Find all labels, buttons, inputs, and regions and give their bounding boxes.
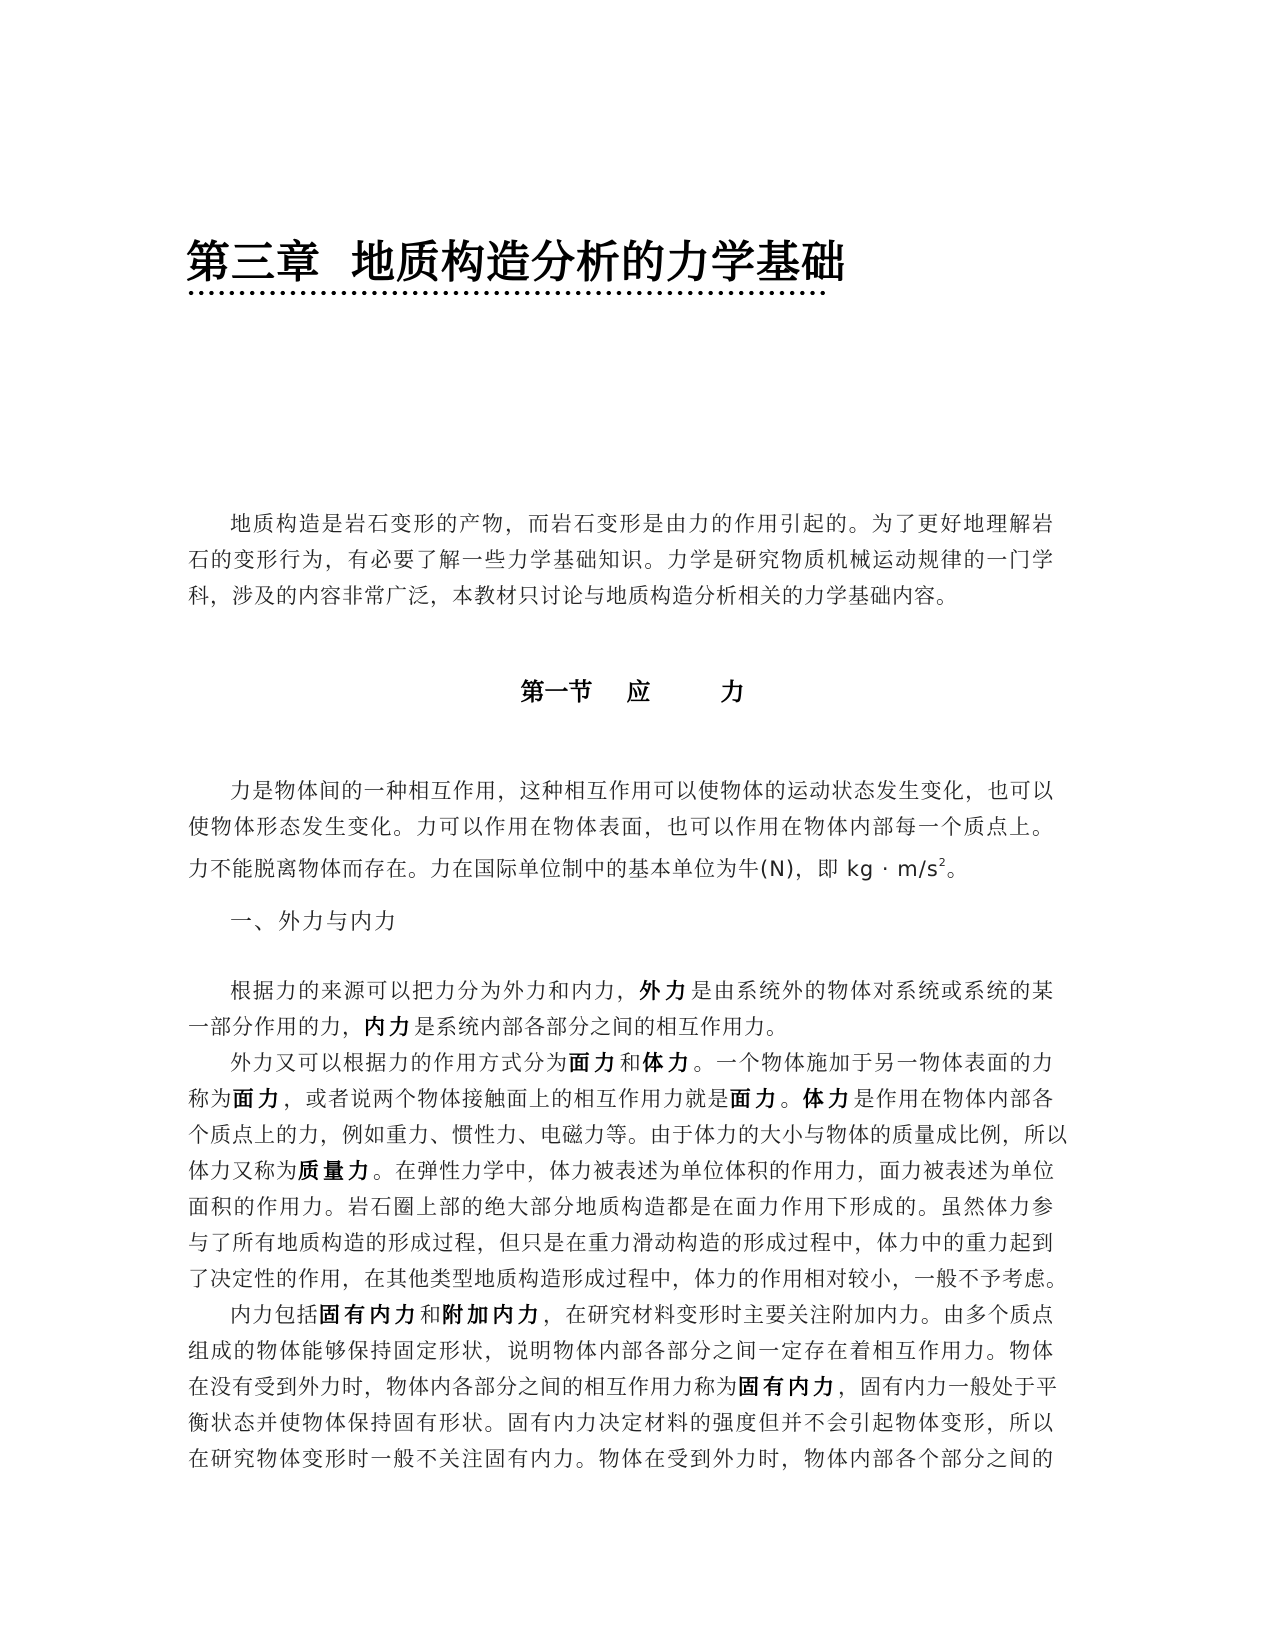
dotted-underline [186, 290, 826, 296]
text-line: 称为面力，或者说两个物体接触面上的相互作用力就是面力。体力是作用在物体内部各 [188, 1081, 1054, 1117]
superscript: 2 [939, 856, 947, 869]
text-line: 使物体形态发生变化。力可以作用在物体表面，也可以作用在物体内部每一个质点上。 [188, 809, 1054, 845]
keyword: 外力 [639, 979, 691, 1003]
paragraph-surface-body-force: 外力又可以根据力的作用方式分为面力和体力。一个物体施加于另一物体表面的力 称为面… [188, 1045, 1054, 1297]
section-heading: 第一节应力 [0, 672, 1265, 707]
text-line: 面积的作用力。岩石圈上部的绝大部分地质构造都是在面力作用下形成的。虽然体力参 [188, 1189, 1054, 1225]
chapter-title: 第三章地质构造分析的力学基础 [186, 238, 826, 288]
text-line: 外力又可以根据力的作用方式分为面力和体力。一个物体施加于另一物体表面的力 [188, 1045, 1054, 1081]
keyword: 内力 [364, 1015, 414, 1039]
text-line: 了决定性的作用，在其他类型地质构造形成过程中，体力的作用相对较小，一般不予考虑。 [188, 1261, 1054, 1297]
keyword: 面力 [233, 1087, 284, 1111]
keyword: 附加内力 [442, 1303, 543, 1327]
chapter-number: 第三章 [186, 238, 321, 288]
text-line: 力不能脱离物体而存在。力在国际单位制中的基本单位为牛(N)，即 kg · m/s… [188, 845, 1054, 887]
subsection-heading: 一、外力与内力 [230, 905, 398, 936]
keyword: 质量力 [298, 1159, 373, 1183]
keyword: 面力 [730, 1087, 781, 1111]
text-line: 个质点上的力，例如重力、惯性力、电磁力等。由于体力的大小与物体的质量成比例，所以 [188, 1117, 1054, 1153]
paragraph-external-internal-force: 根据力的来源可以把力分为外力和内力，外力是由系统外的物体对系统或系统的某 一部分… [188, 973, 1054, 1045]
keyword: 体力 [803, 1087, 854, 1111]
section-title-part2: 力 [721, 672, 745, 707]
text-line: 体力又称为质量力。在弹性力学中，体力被表述为单位体积的作用力，面力被表述为单位 [188, 1153, 1054, 1189]
text-line: 在研究物体变形时一般不关注固有内力。物体在受到外力时，物体内部各个部分之间的 [188, 1441, 1054, 1477]
section-number: 第一节 [521, 672, 593, 707]
text-line: 与了所有地质构造的形成过程，但只是在重力滑动构造的形成过程中，体力中的重力起到 [188, 1225, 1054, 1261]
section-title-part1: 应 [627, 672, 651, 707]
text-line: 内力包括固有内力和附加内力，在研究材料变形时主要关注附加内力。由多个质点 [188, 1297, 1054, 1333]
chapter-title-text: 地质构造分析的力学基础 [351, 237, 846, 288]
text-line: 地质构造是岩石变形的产物，而岩石变形是由力的作用引起的。为了更好地理解岩 [188, 506, 1054, 542]
paragraph-internal-force-types: 内力包括固有内力和附加内力，在研究材料变形时主要关注附加内力。由多个质点 组成的… [188, 1297, 1054, 1477]
text-line: 一部分作用的力，内力是系统内部各部分之间的相互作用力。 [188, 1009, 1054, 1045]
text-line: 在没有受到外力时，物体内各部分之间的相互作用力称为固有内力，固有内力一般处于平 [188, 1369, 1054, 1405]
text-line: 组成的物体能够保持固定形状，说明物体内部各部分之间一定存在着相互作用力。物体 [188, 1333, 1054, 1369]
keyword: 面力 [569, 1051, 620, 1075]
keyword: 固有内力 [319, 1303, 420, 1327]
text-line: 衡状态并使物体保持固有形状。固有内力决定材料的强度但并不会引起物体变形，所以 [188, 1405, 1054, 1441]
keyword: 体力 [642, 1051, 693, 1075]
text-line: 科，涉及的内容非常广泛，本教材只讨论与地质构造分析相关的力学基础内容。 [188, 578, 1054, 614]
text-line: 力是物体间的一种相互作用，这种相互作用可以使物体的运动状态发生变化，也可以 [188, 773, 1054, 809]
force-definition-paragraph: 力是物体间的一种相互作用，这种相互作用可以使物体的运动状态发生变化，也可以 使物… [188, 773, 1054, 887]
text-line: 石的变形行为，有必要了解一些力学基础知识。力学是研究物质机械运动规律的一门学 [188, 542, 1054, 578]
text-line: 根据力的来源可以把力分为外力和内力，外力是由系统外的物体对系统或系统的某 [188, 973, 1054, 1009]
document-page: 第三章地质构造分析的力学基础 地质构造是岩石变形的产物，而岩石变形是由力的作用引… [0, 0, 1265, 1637]
keyword: 固有内力 [738, 1375, 838, 1399]
intro-paragraph: 地质构造是岩石变形的产物，而岩石变形是由力的作用引起的。为了更好地理解岩 石的变… [188, 506, 1054, 614]
